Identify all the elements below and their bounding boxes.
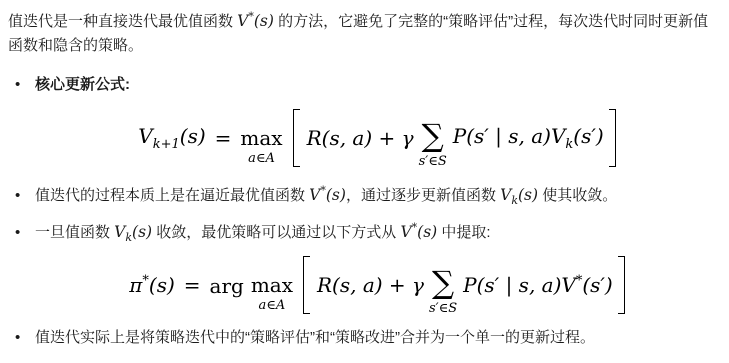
document-page: 值迭代是一种直接迭代最优值函数 V*(s) 的方法，它避免了完整的“策略评估”过…	[0, 0, 729, 349]
core-formula-label: 核心更新公式:	[35, 76, 130, 93]
equals-sign: =	[215, 126, 232, 150]
bullet-marker: •	[8, 73, 35, 96]
bellman-update-formula: Vk+1(s) = max a∈A R(s, a) + γ ∑ s′∈S P(s…	[35, 109, 719, 167]
max-operator: max a∈A	[251, 275, 293, 312]
formula-lhs: π*(s)	[129, 273, 175, 297]
core-formula-section: 核心更新公式: Vk+1(s) = max a∈A R(s, a) + γ ∑	[35, 73, 719, 184]
transition-term: P(s′ | s, a)V*(s′)	[463, 273, 613, 297]
bullet-marker: •	[8, 184, 35, 207]
formula-lhs: Vk+1(s)	[138, 124, 205, 153]
right-bracket	[609, 109, 616, 167]
left-bracket	[293, 109, 300, 167]
reward-term: R(s, a) + γ	[317, 273, 424, 297]
policy-extraction-formula: π*(s) = arg max a∈A R(s, a) + γ ∑ s′∈S	[35, 256, 719, 314]
reward-term: R(s, a) + γ	[307, 126, 414, 150]
list-item-policy-extraction: • 一旦值函数 Vk(s) 收敛，最优策略可以通过以下方式从 V*(s) 中提取…	[8, 221, 719, 326]
intro-paragraph: 值迭代是一种直接迭代最优值函数 V*(s) 的方法，它避免了完整的“策略评估”过…	[8, 9, 719, 58]
left-bracket	[303, 256, 310, 314]
list-item-merge-summary: • 值迭代实际上是将策略迭代中的“策略评估”和“策略改进”合并为一个单一的更新过…	[8, 326, 719, 349]
equals-sign: =	[184, 273, 201, 297]
arg-operator: arg	[210, 274, 244, 298]
summation-operator: ∑ s′∈S	[419, 122, 447, 167]
list-item-core-formula: • 核心更新公式: Vk+1(s) = max a∈A R(s, a) + γ	[8, 73, 719, 184]
max-operator: max a∈A	[240, 128, 282, 165]
summation-operator: ∑ s′∈S	[429, 269, 457, 314]
right-bracket	[618, 256, 625, 314]
policy-extraction-text: 一旦值函数 Vk(s) 收敛，最优策略可以通过以下方式从 V*(s) 中提取:	[35, 224, 491, 241]
bullet-marker: •	[8, 326, 35, 349]
convergence-text: 值迭代的过程本质上是在逼近最优值函数 V*(s)，通过逐步更新值函数 Vk(s)…	[35, 184, 719, 207]
policy-formula-row: π*(s) = arg max a∈A R(s, a) + γ ∑ s′∈S	[129, 256, 625, 314]
merge-summary-text: 值迭代实际上是将策略迭代中的“策略评估”和“策略改进”合并为一个单一的更新过程。	[35, 326, 719, 349]
transition-term: P(s′ | s, a)Vk(s′)	[453, 124, 604, 153]
bullet-list: • 核心更新公式: Vk+1(s) = max a∈A R(s, a) + γ	[8, 73, 719, 349]
policy-extraction-section: 一旦值函数 Vk(s) 收敛，最优策略可以通过以下方式从 V*(s) 中提取: …	[35, 221, 719, 326]
bellman-formula-row: Vk+1(s) = max a∈A R(s, a) + γ ∑ s′∈S P(s…	[138, 109, 615, 167]
bullet-marker: •	[8, 221, 35, 244]
list-item-convergence: • 值迭代的过程本质上是在逼近最优值函数 V*(s)，通过逐步更新值函数 Vk(…	[8, 184, 719, 207]
